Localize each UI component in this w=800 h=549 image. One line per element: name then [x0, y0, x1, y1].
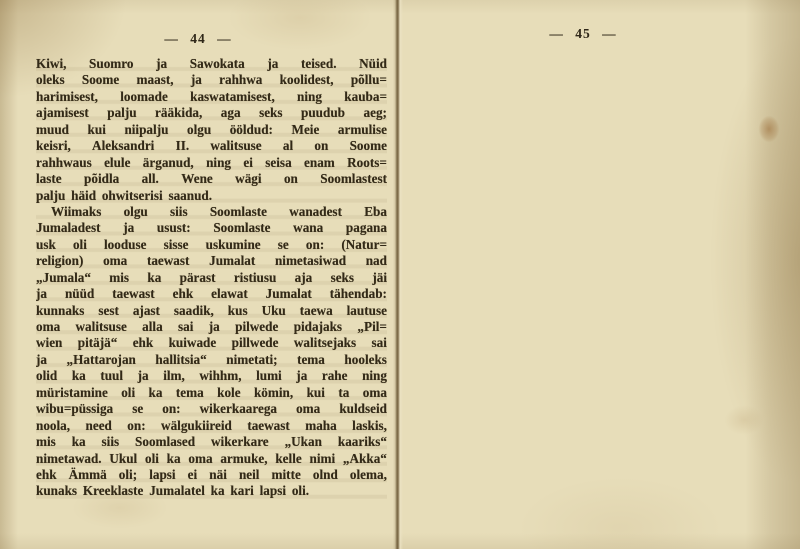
- text-line: harimisest,loomadekaswatamisest,ningkaub…: [36, 89, 387, 105]
- text-line: ja„Hattarojanhallitsia“nimetati;temahool…: [36, 352, 387, 368]
- text-line: miskasiisSoomlasedwikerkare„Ukankaariks“: [36, 434, 387, 450]
- page-number-right: — 45 —: [403, 26, 763, 42]
- text-line: WiimaksolgusiisSoomlastewanadestEba: [36, 204, 387, 220]
- page-left: — 44 — Kiwi,SuomrojaSawokatajateised.Nüi…: [0, 0, 396, 549]
- text-line: olidkatuuljailm,wihhm,lumijarahening: [36, 368, 387, 384]
- text-line: omawalitsuseallasaijapilwedepidajaks„Pil…: [36, 319, 387, 335]
- text-block-left: Kiwi,SuomrojaSawokatajateised.NüidoleksS…: [36, 56, 387, 500]
- text-line: wienpitäjä“ehkkuiwadepillwedewalitsejaks…: [36, 335, 387, 351]
- text-line: muudkuiniipaljuolguööldud:Meiearmulise: [36, 122, 387, 138]
- text-line: religion)omataewastJumalatnimetasiwadnad: [36, 253, 387, 269]
- text-line: palju häid ohwitserisi saanud.: [36, 188, 387, 204]
- text-line: „Jumala“miskapärastristiusuajaseksjäi: [36, 270, 387, 286]
- text-line: wibu=püssigaseon:wikerkaaregaomakuldseid: [36, 401, 387, 417]
- text-line: ehkÄmmäoli;lapsieinäineilmitteolndolema,: [36, 467, 387, 483]
- text-line: keisri,AleksandriII.walitsusealonSoome: [36, 138, 387, 154]
- text-line: Kiwi,SuomrojaSawokatajateised.Nüid: [36, 56, 387, 72]
- book-spread: — 44 — Kiwi,SuomrojaSawokatajateised.Nüi…: [0, 0, 800, 549]
- text-line: kunaks Kreeklaste Jumalatel ka kari laps…: [36, 483, 387, 499]
- text-line: oleksSoomemaast,jarahhwakoolidest,põllu=: [36, 72, 387, 88]
- text-line: noola,needon:wälgukiireidtaewastmahalask…: [36, 418, 387, 434]
- text-line: rahhwauseluleärganud,ningeiseisaenamRoot…: [36, 155, 387, 171]
- text-line: kunnakssestajastsaadik,kusUkutaewalautus…: [36, 303, 387, 319]
- text-line: Jumaladestjausust:Soomlastewanapagana: [36, 220, 387, 236]
- text-line: müristamineolikatemakolekömin,kuitaoma: [36, 385, 387, 401]
- text-line: uskoliloodusesisseuskumineseon:(Natur=: [36, 237, 387, 253]
- text-line: ajamisestpaljurääkida,agasekspuudubaeg;: [36, 105, 387, 121]
- text-line: janüüdtaewastehkelawatJumalattähendab:: [36, 286, 387, 302]
- page-right: — 45 — UkukõrwasolidkateisedJumalad,nagu…: [403, 0, 800, 549]
- page-number-left: — 44 —: [0, 31, 396, 47]
- text-line: nimetawad.Ukulolikaomaarmuke,kellenimi„A…: [36, 451, 387, 467]
- text-line: lastepõidlaall.WenewägionSoomlastest: [36, 171, 387, 187]
